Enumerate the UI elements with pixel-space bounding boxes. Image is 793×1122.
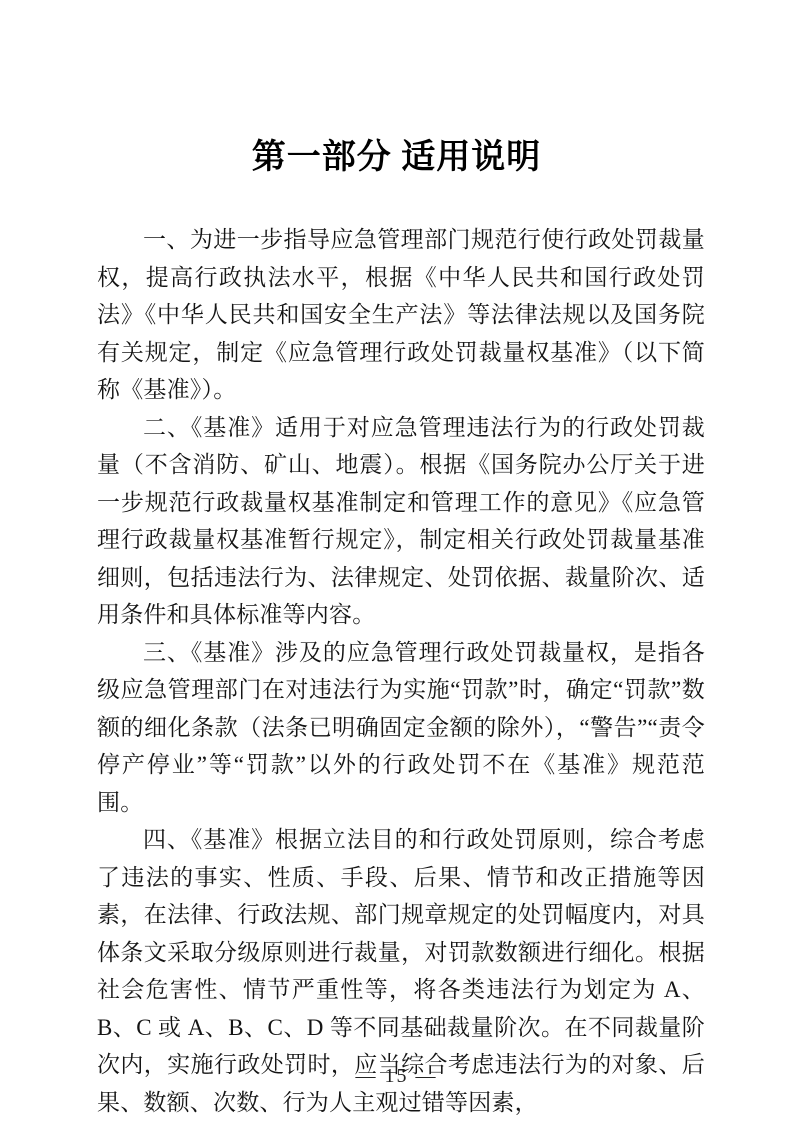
page-title: 第一部分 适用说明	[0, 136, 793, 180]
page-number: — 15 —	[0, 1065, 793, 1088]
paragraph-3: 三、《基准》涉及的应急管理行政处罚裁量权，是指各级应急管理部门在对违法行为实施“…	[97, 634, 705, 822]
paragraph-2: 二、《基准》适用于对应急管理违法行为的行政处罚裁量（不含消防、矿山、地震）。根据…	[97, 409, 705, 634]
paragraph-1: 一、为进一步指导应急管理部门规范行使行政处罚裁量权，提高行政执法水平，根据《中华…	[97, 221, 705, 409]
document-page: 第一部分 适用说明 一、为进一步指导应急管理部门规范行使行政处罚裁量权，提高行政…	[0, 0, 793, 1122]
document-body: 一、为进一步指导应急管理部门规范行使行政处罚裁量权，提高行政执法水平，根据《中华…	[97, 221, 705, 1121]
